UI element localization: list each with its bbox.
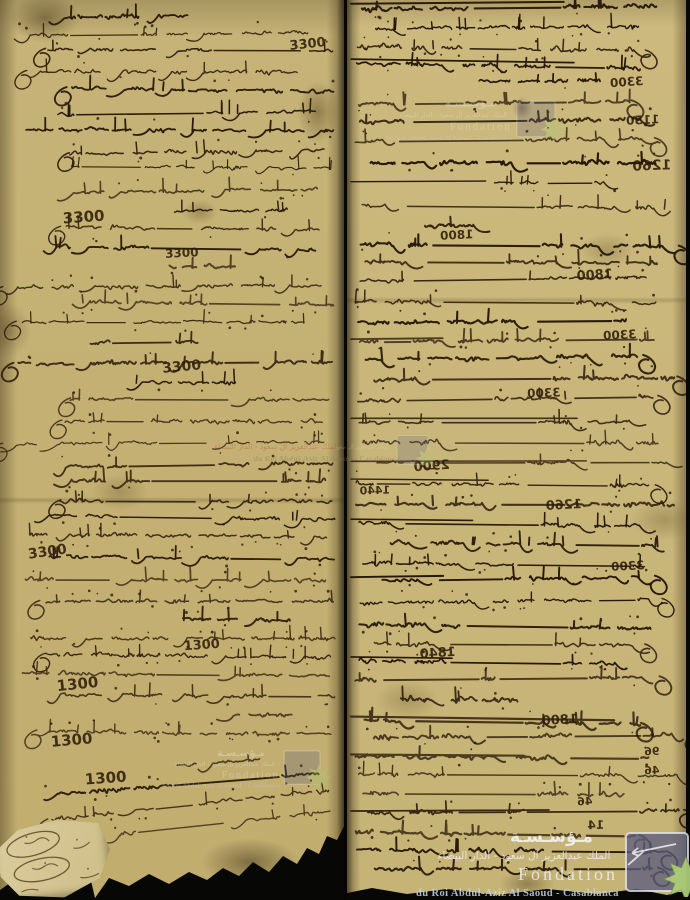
manuscript-numeral: 3300 xyxy=(603,327,637,343)
manuscript-scan: 330033003300330033001300130013001300 330… xyxy=(0,0,690,900)
manuscript-numeral: 3300 xyxy=(527,385,561,400)
right-page-handwriting-mirrored: 3300115012601800180033003300290014401260… xyxy=(347,0,686,896)
manuscript-numeral: 1800 xyxy=(541,712,578,729)
manuscript-numeral: 46 xyxy=(576,795,592,809)
manuscript-numeral: 3300 xyxy=(62,207,105,228)
manuscript-numeral: 96 xyxy=(644,745,660,759)
manuscript-numeral: 3300 xyxy=(610,74,644,90)
manuscript-numeral: 3300 xyxy=(611,558,645,574)
manuscript-numeral: 1300 xyxy=(56,673,99,695)
page-gutter-shadow xyxy=(337,0,353,900)
manuscript-numeral: 1840 xyxy=(419,645,456,662)
manuscript-numeral: 1300 xyxy=(84,768,127,789)
manuscript-numeral: 1300 xyxy=(183,637,220,654)
manuscript-numeral: 1800 xyxy=(440,227,474,243)
manuscript-numeral: 1150 xyxy=(626,112,660,128)
manuscript-numeral: 1260 xyxy=(632,157,672,174)
manuscript-numeral: 14 xyxy=(587,818,604,833)
manuscript-numeral: 1800 xyxy=(576,267,613,284)
manuscript-right-page: 3300115012601800180033003300290014401260… xyxy=(347,0,686,896)
manuscript-numeral: 1260 xyxy=(545,497,582,514)
manuscript-left-page: 330033003300330033001300130013001300 xyxy=(0,0,344,900)
manuscript-numeral: 3300 xyxy=(165,245,199,261)
manuscript-numeral: 1440 xyxy=(359,483,390,497)
left-page-handwriting: 330033003300330033001300130013001300 xyxy=(0,0,344,900)
manuscript-numeral: 1300 xyxy=(50,729,93,751)
manuscript-numeral: 3300 xyxy=(27,541,68,562)
manuscript-numeral: 2900 xyxy=(413,458,450,475)
manuscript-numeral: 46 xyxy=(644,764,660,778)
manuscript-numeral: 3300 xyxy=(162,357,202,376)
